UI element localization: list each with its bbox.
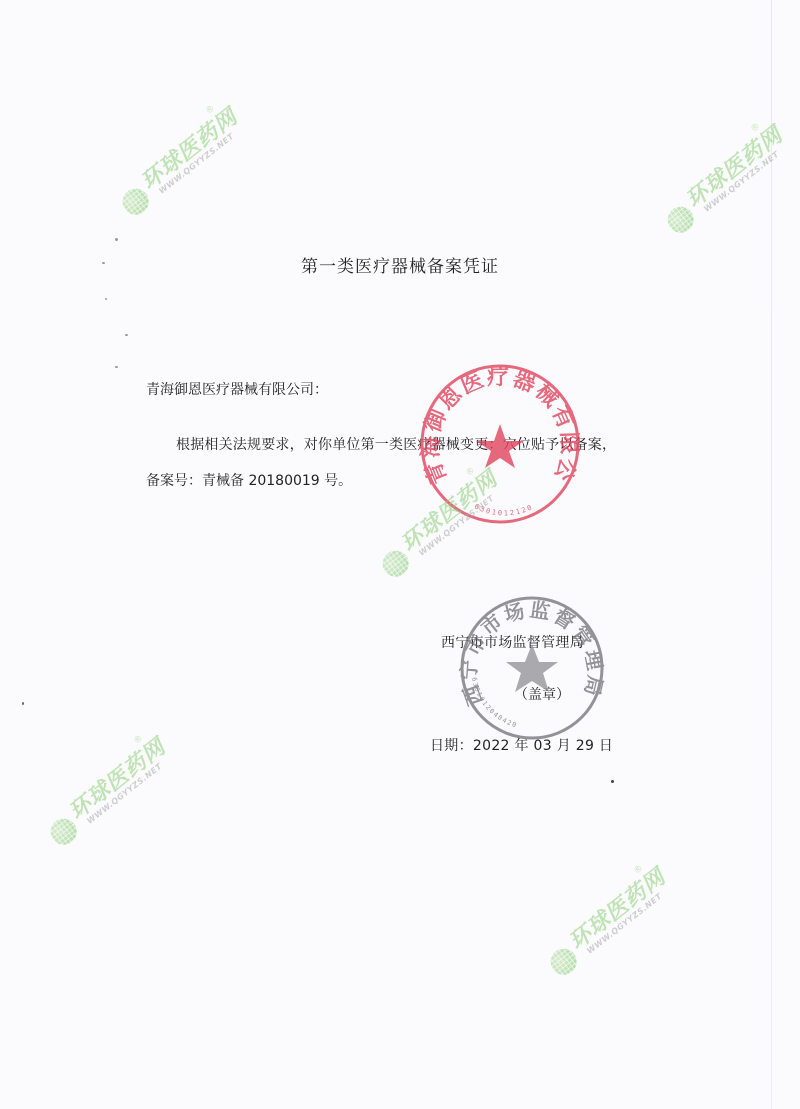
globe-icon [545, 943, 581, 979]
globe-icon [662, 201, 698, 237]
watermark-en: WWW.QGYYZS.NET [417, 494, 496, 558]
svg-text:6301012120: 6301012120 [473, 503, 535, 518]
globe-icon [45, 813, 81, 849]
watermark-cn: 环球医药网 [562, 861, 672, 956]
scan-speck [611, 780, 614, 783]
watermark-en: WWW.QGYYZS.NET [85, 762, 164, 826]
watermark-en: WWW.QGYYZS.NET [702, 150, 781, 214]
scan-speck [22, 702, 24, 705]
seal-note: （盖章） [514, 684, 570, 704]
issuing-authority: 西宁市市场监督管理局 [441, 632, 584, 652]
registration-number-line: 备案号：青械备 20180019 号。 [146, 470, 352, 490]
registered-icon: ® [632, 863, 645, 876]
authority-seal-stamp: 西宁市市场监督管理局 6301012040420 [458, 594, 606, 742]
scan-speck [125, 334, 128, 336]
scan-speck [105, 298, 107, 300]
watermark-cn: 环球医药网 [394, 463, 504, 558]
svg-text:6301012040420: 6301012040420 [470, 677, 519, 730]
svg-text:青海御恩医疗器械有限公司: 青海御恩医疗器械有限公司 [418, 362, 581, 488]
registered-icon: ® [749, 121, 762, 134]
scan-speck [115, 238, 118, 241]
registered-icon: ® [464, 465, 477, 478]
body-paragraph-line-1: 根据相关法规要求，对你单位第一类医疗器械变更：穴位贴予以备案， [176, 434, 616, 454]
watermark-en: WWW.QGYYZS.NET [157, 132, 236, 196]
issue-date: 日期：2022 年 03 月 29 日 [430, 735, 613, 755]
page-edge [771, 0, 772, 1109]
company-seal-text: 青海御恩医疗器械有限公司 [418, 362, 581, 488]
globe-icon [117, 183, 153, 219]
scan-speck [102, 262, 105, 264]
registered-icon: ® [204, 103, 217, 116]
scan-speck [115, 366, 118, 368]
document-title: 第一类医疗器械备案凭证 [0, 252, 800, 277]
globe-icon [377, 545, 413, 581]
company-seal-code: 6301012120 [473, 503, 535, 518]
registered-icon: ® [132, 733, 145, 746]
watermark-cn: 环球医药网 [62, 731, 172, 826]
watermark-cn: 环球医药网 [134, 101, 244, 196]
authority-seal-code: 6301012040420 [470, 677, 519, 730]
watermark-en: WWW.QGYYZS.NET [585, 892, 664, 956]
recipient-line: 青海御恩医疗器械有限公司： [146, 379, 328, 399]
